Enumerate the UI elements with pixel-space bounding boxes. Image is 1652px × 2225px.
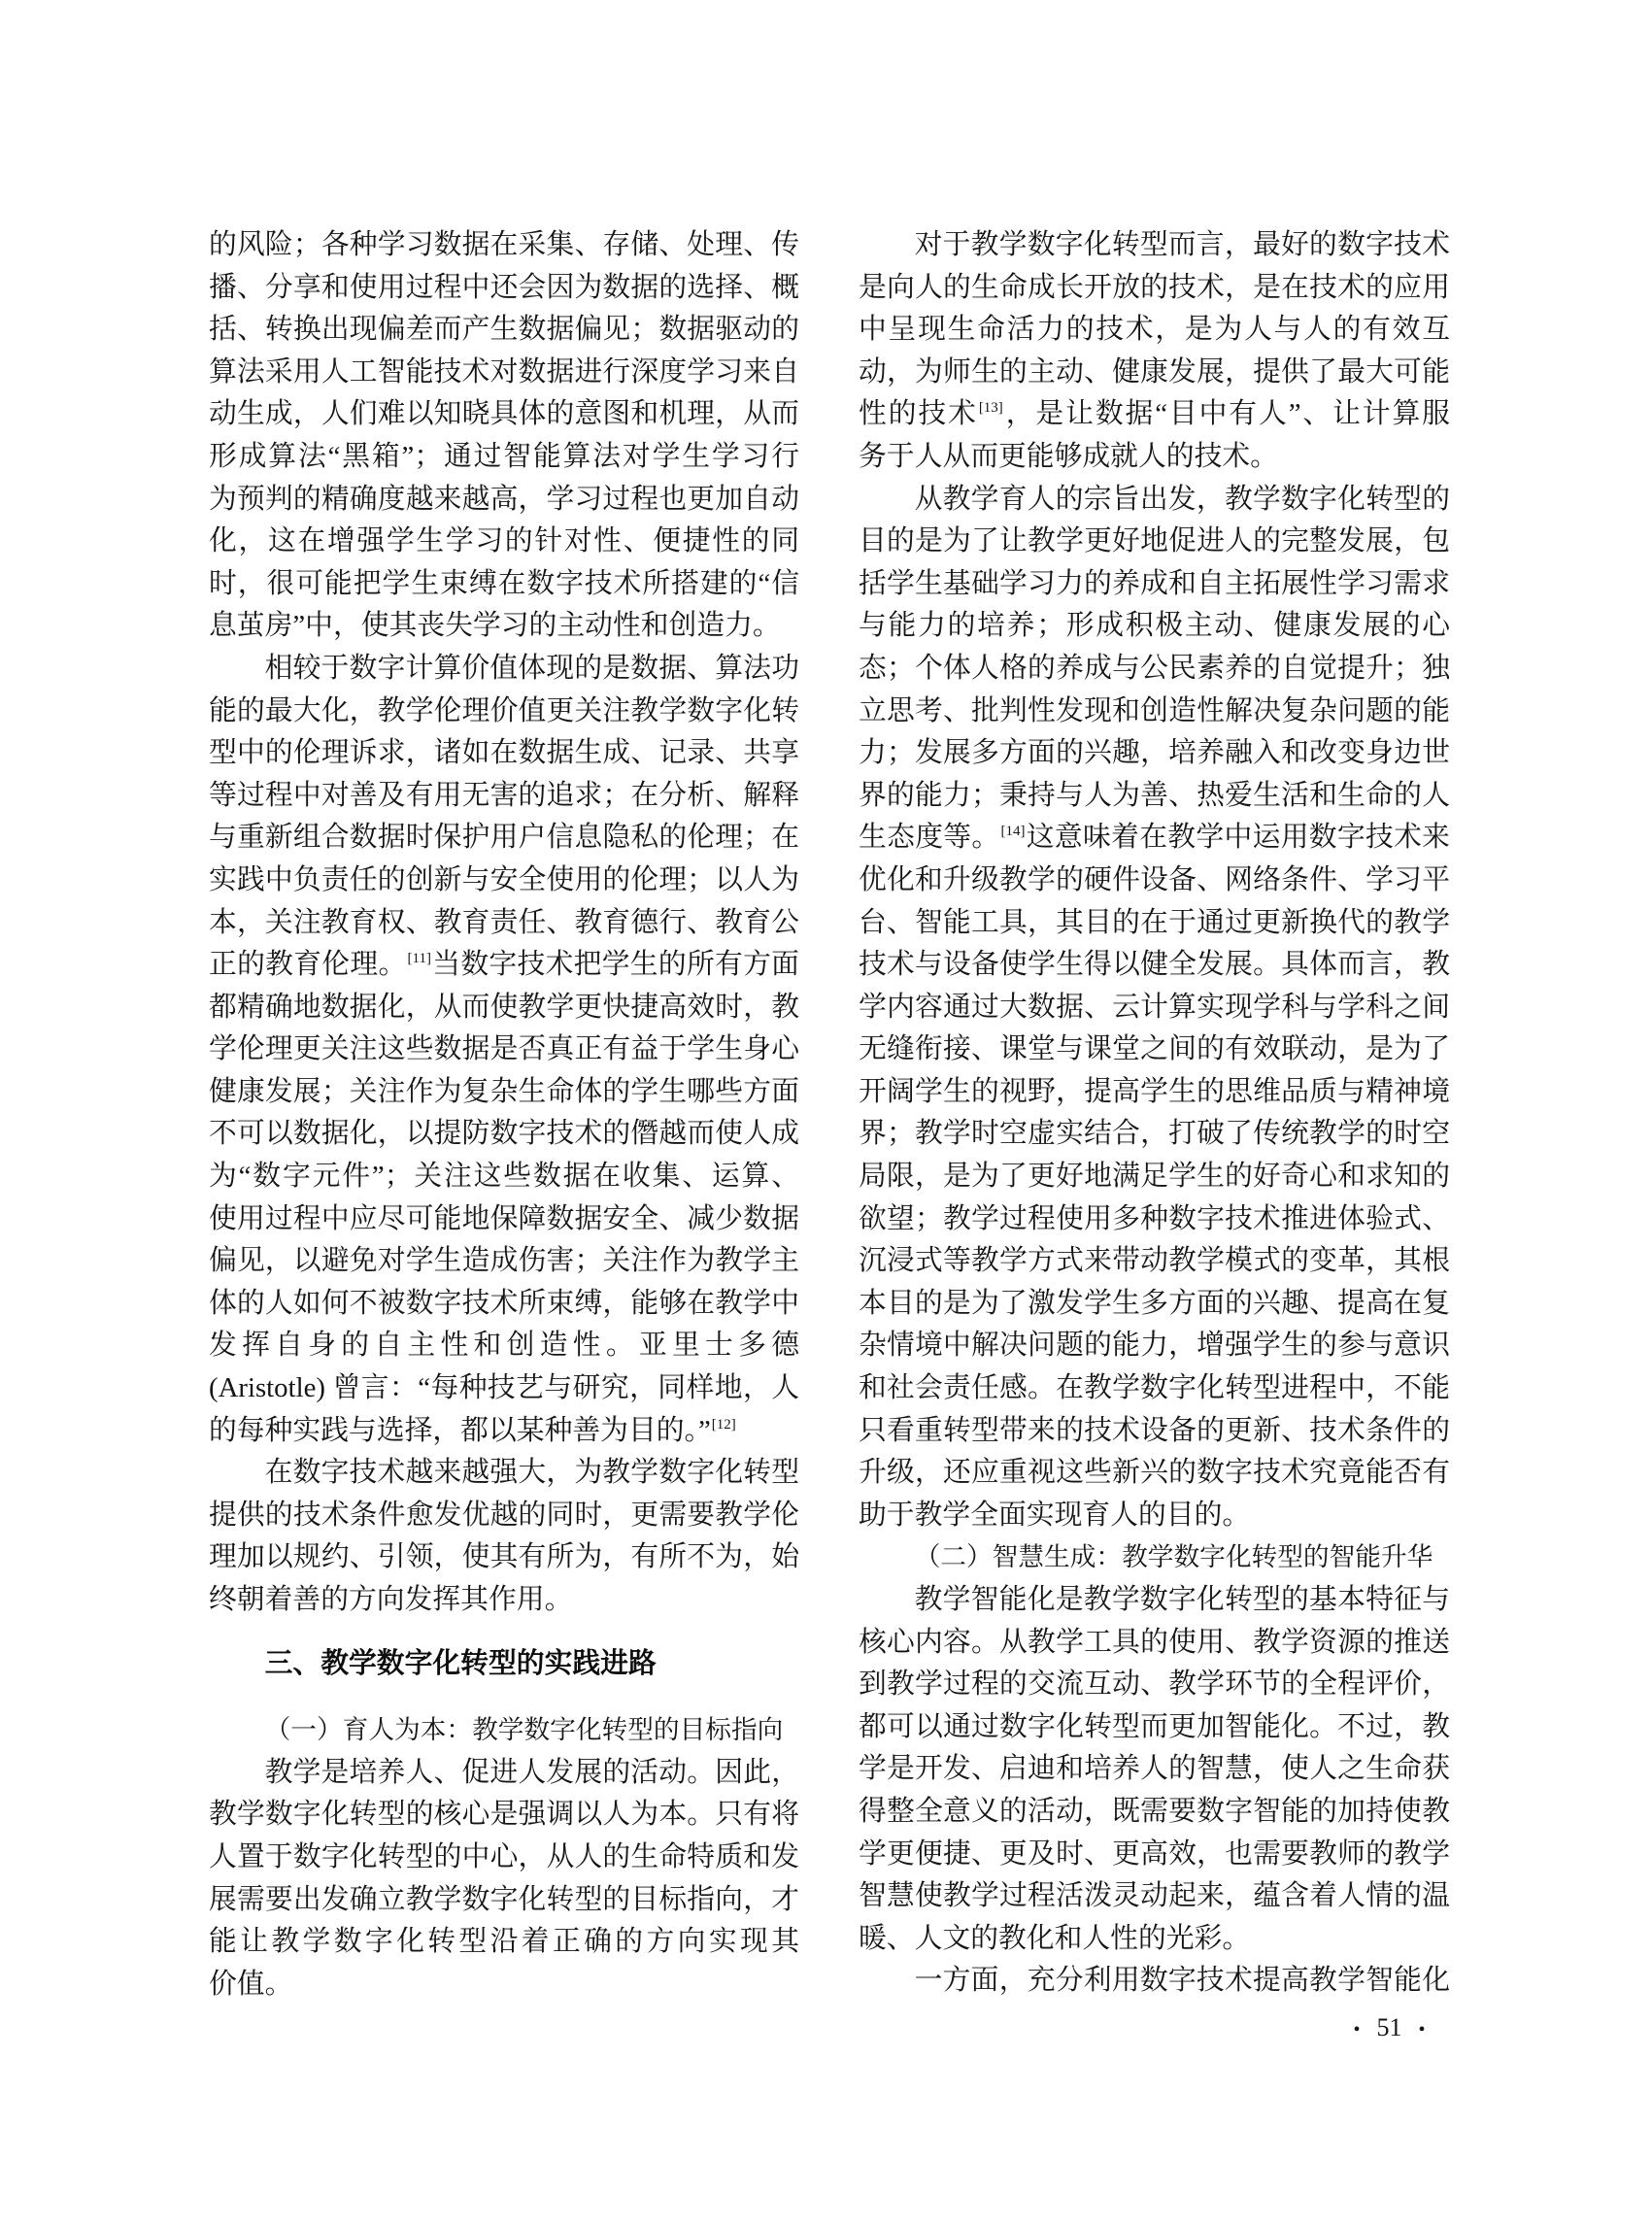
text-line: 得整全意义的活动，既需要数字智能的加持使教 bbox=[859, 1791, 1450, 1834]
text-line: 中呈现生命活力的技术，是为人与人的有效互 bbox=[859, 309, 1450, 352]
text-line: 目的是为了让教学更好地促进人的完整发展，包 bbox=[859, 521, 1450, 563]
text-line: 从教学育人的宗旨出发，教学数字化转型的 bbox=[859, 479, 1450, 522]
subsection-heading: （二）智慧生成：教学数字化转型的智能升华 bbox=[859, 1536, 1450, 1579]
text-line: 学伦理更关注这些数据是否真正有益于学生身心 bbox=[209, 1028, 799, 1071]
text-line: 都精确地数据化，从而使教学更快捷高效时，教 bbox=[209, 987, 799, 1029]
text-line: 本目的是为了激发学生多方面的兴趣、提高在复 bbox=[859, 1283, 1450, 1326]
text-line: 使用过程中应尽可能地保障数据安全、减少数据 bbox=[209, 1198, 799, 1241]
text-line: 都可以通过数字化转型而更加智能化。不过，教 bbox=[859, 1706, 1450, 1749]
text-line: 化，这在增强学生学习的针对性、便捷性的同 bbox=[209, 521, 799, 563]
text-line: 和社会责任感。在教学数字化转型进程中，不能 bbox=[859, 1367, 1450, 1410]
text-line: 动，为师生的主动、健康发展，提供了最大可能 bbox=[859, 352, 1450, 394]
text-line: 到教学过程的交流互动、教学环节的全程评价， bbox=[859, 1664, 1450, 1706]
paragraph: 一方面，充分利用数字技术提高教学智能化 bbox=[859, 1960, 1450, 2003]
paragraph: 的风险；各种学习数据在采集、存储、处理、传 播、分享和使用过程中还会因为数据的选… bbox=[209, 224, 799, 648]
paragraph: 教学是培养人、促进人发展的活动。因此， 教学数字化转型的核心是强调以人为本。只有… bbox=[209, 1752, 799, 2006]
text-line: 等过程中对善及有用无害的追求；在分析、解释 bbox=[209, 775, 799, 818]
text-line: 括、转换出现偏差而产生数据偏见；数据驱动的 bbox=[209, 309, 799, 352]
text-line: 息茧房”中，使其丧失学习的主动性和创造力。 bbox=[209, 605, 799, 648]
paragraph: 在数字技术越来越强大，为教学数字化转型 提供的技术条件愈发优越的同时，更需要教学… bbox=[209, 1452, 799, 1621]
text-line: 只看重转型带来的技术设备的更新、技术条件的 bbox=[859, 1410, 1450, 1453]
text-line: 价值。 bbox=[209, 1964, 799, 2006]
paragraph: 从教学育人的宗旨出发，教学数字化转型的 目的是为了让教学更好地促进人的完整发展，… bbox=[859, 479, 1450, 1537]
text-line: 杂情境中解决问题的能力，增强学生的参与意识 bbox=[859, 1325, 1450, 1367]
section-heading: 三、教学数字化转型的实践进路 bbox=[209, 1643, 799, 1686]
text-segment: 性的技术 bbox=[859, 398, 978, 429]
paragraph: 对于教学数字化转型而言，最好的数字技术 是向人的生命成长开放的技术，是在技术的应… bbox=[859, 224, 1450, 479]
text-line: 学内容通过大数据、云计算实现学科与学科之间 bbox=[859, 987, 1450, 1029]
text-line: 的每种实践与选择，都以某种善为目的。”[12] bbox=[209, 1410, 799, 1453]
text-line: 升级，还应重视这些新兴的数字技术究竟能否有 bbox=[859, 1452, 1450, 1495]
text-line: 台、智能工具，其目的在于通过更新换代的教学 bbox=[859, 902, 1450, 945]
text-line: 形成算法“黑箱”；通过智能算法对学生学习行 bbox=[209, 436, 799, 479]
text-line: 与能力的培养；形成积极主动、健康发展的心 bbox=[859, 605, 1450, 648]
text-line: 优化和升级教学的硬件设备、网络条件、学习平 bbox=[859, 860, 1450, 902]
text-segment: 这意味着在教学中运用数字技术来 bbox=[1027, 822, 1450, 853]
page-number-value: 51 bbox=[1377, 2010, 1402, 2045]
text-line: 在数字技术越来越强大，为教学数字化转型 bbox=[209, 1452, 799, 1495]
text-line: 力；发展多方面的兴趣，培养融入和改变身边世 bbox=[859, 732, 1450, 775]
text-line: 性的技术[13]，是让数据“目中有人”、让计算服 bbox=[859, 393, 1450, 436]
text-line: 括学生基础学习力的养成和自主拓展性学习需求 bbox=[859, 563, 1450, 606]
text-line: 学更便捷、更及时、更高效，也需要教师的教学 bbox=[859, 1834, 1450, 1876]
text-line: 欲望；教学过程使用多种数字技术推进体验式、 bbox=[859, 1198, 1450, 1241]
text-line: 对于教学数字化转型而言，最好的数字技术 bbox=[859, 224, 1450, 267]
text-line: 正的教育伦理。[11]当数字技术把学生的所有方面 bbox=[209, 944, 799, 987]
bullet-icon: • bbox=[1346, 2012, 1367, 2047]
text-line: 开阔学生的视野，提高学生的思维品质与精神境 bbox=[859, 1071, 1450, 1114]
subsection-heading: （一）育人为本：教学数字化转型的目标指向 bbox=[209, 1709, 799, 1752]
paragraph: 相较于数字计算价值体现的是数据、算法功 能的最大化，教学伦理价值更关注教学数字化… bbox=[209, 648, 799, 1452]
page-number: • 51 • bbox=[1346, 2010, 1433, 2045]
text-line: 学是开发、启迪和培养人的智慧，使人之生命获 bbox=[859, 1748, 1450, 1791]
text-line: 沉浸式等教学方式来带动教学模式的变革，其根 bbox=[859, 1240, 1450, 1283]
text-line: 技术与设备使学生得以健全发展。具体而言，教 bbox=[859, 944, 1450, 987]
text-line: 型中的伦理诉求，诸如在数据生成、记录、共享 bbox=[209, 732, 799, 775]
text-line: 局限，是为了更好地满足学生的好奇心和求知的 bbox=[859, 1156, 1450, 1198]
text-segment: 生态度等。 bbox=[859, 822, 1000, 853]
text-line: 动生成，人们难以知晓具体的意图和机理，从而 bbox=[209, 393, 799, 436]
text-segment: ，是让数据“目中有人”、让计算服 bbox=[1004, 398, 1450, 429]
text-line: 偏见，以避免对学生造成伤害；关注作为教学主 bbox=[209, 1240, 799, 1283]
text-line: 能的最大化，教学伦理价值更关注教学数字化转 bbox=[209, 691, 799, 733]
text-line: 能让教学数字化转型沿着正确的方向实现其 bbox=[209, 1921, 799, 1964]
text-line: 理加以规约、引领，使其有所为，有所不为，始 bbox=[209, 1536, 799, 1579]
right-column: 对于教学数字化转型而言，最好的数字技术 是向人的生命成长开放的技术，是在技术的应… bbox=[859, 224, 1450, 2003]
citation-ref-13: [13] bbox=[979, 400, 1003, 416]
text-line: 智慧使教学过程活泼灵动起来，蕴含着人情的温 bbox=[859, 1875, 1450, 1918]
text-line: 发挥自身的自主性和创造性。亚里士多德 bbox=[209, 1325, 799, 1367]
text-line: 提供的技术条件愈发优越的同时，更需要教学伦 bbox=[209, 1495, 799, 1537]
citation-ref-11: [11] bbox=[408, 951, 431, 966]
journal-page: 的风险；各种学习数据在采集、存储、处理、传 播、分享和使用过程中还会因为数据的选… bbox=[0, 0, 1652, 2225]
text-line: 展需要出发确立教学数字化转型的目标指向，才 bbox=[209, 1879, 799, 1922]
text-line: 界；教学时空虚实结合，打破了传统教学的时空 bbox=[859, 1113, 1450, 1156]
text-line: 立思考、批判性发现和创造性解决复杂问题的能 bbox=[859, 691, 1450, 733]
text-line: 实践中负责任的创新与安全使用的伦理；以人为 bbox=[209, 860, 799, 902]
text-line: 为“数字元件”；关注这些数据在收集、运算、 bbox=[209, 1156, 799, 1198]
text-line: 界的能力；秉持与人为善、热爱生活和生命的人 bbox=[859, 775, 1450, 818]
text-line: 教学是培养人、促进人发展的活动。因此， bbox=[209, 1752, 799, 1795]
text-line: 终朝着善的方向发挥其作用。 bbox=[209, 1579, 799, 1622]
text-line: 人置于数字化转型的中心，从人的生命特质和发 bbox=[209, 1837, 799, 1879]
text-line: 体的人如何不被数字技术所束缚，能够在教学中 bbox=[209, 1283, 799, 1326]
text-segment: 正的教育伦理。 bbox=[209, 949, 407, 980]
text-line: 一方面，充分利用数字技术提高教学智能化 bbox=[859, 1960, 1450, 2003]
text-line: 不可以数据化，以提防数字技术的僭越而使人成 bbox=[209, 1113, 799, 1156]
text-line: 的风险；各种学习数据在采集、存储、处理、传 bbox=[209, 224, 799, 267]
text-segment: 当数字技术把学生的所有方面 bbox=[432, 949, 799, 980]
text-line: 教学智能化是教学数字化转型的基本特征与 bbox=[859, 1579, 1450, 1622]
citation-ref-12: [12] bbox=[712, 1417, 736, 1433]
text-line: 播、分享和使用过程中还会因为数据的选择、概 bbox=[209, 267, 799, 310]
text-line: 相较于数字计算价值体现的是数据、算法功 bbox=[209, 648, 799, 691]
text-line: 核心内容。从教学工具的使用、教学资源的推送 bbox=[859, 1622, 1450, 1665]
text-line: 健康发展；关注作为复杂生命体的学生哪些方面 bbox=[209, 1071, 799, 1114]
citation-ref-14: [14] bbox=[1001, 824, 1026, 839]
text-segment: 的每种实践与选择，都以某种善为目的。” bbox=[209, 1415, 711, 1446]
text-line: 时，很可能把学生束缚在数字技术所搭建的“信 bbox=[209, 563, 799, 606]
text-line: 态；个体人格的养成与公民素养的自觉提升；独 bbox=[859, 648, 1450, 691]
text-line: 为预判的精确度越来越高，学习过程也更加自动 bbox=[209, 479, 799, 522]
text-line: 与重新组合数据时保护用户信息隐私的伦理；在 bbox=[209, 817, 799, 860]
text-line: 本，关注教育权、教育责任、教育德行、教育公 bbox=[209, 902, 799, 945]
bullet-icon: • bbox=[1411, 2012, 1433, 2047]
text-line: 生态度等。[14]这意味着在教学中运用数字技术来 bbox=[859, 817, 1450, 860]
text-line: 教学数字化转型的核心是强调以人为本。只有将 bbox=[209, 1794, 799, 1837]
text-line: 无缝衔接、课堂与课堂之间的有效联动，是为了 bbox=[859, 1028, 1450, 1071]
text-line: 是向人的生命成长开放的技术，是在技术的应用 bbox=[859, 267, 1450, 310]
paragraph: 教学智能化是教学数字化转型的基本特征与 核心内容。从教学工具的使用、教学资源的推… bbox=[859, 1579, 1450, 1960]
text-line: 务于人从而更能够成就人的技术。 bbox=[859, 436, 1450, 479]
text-line: 算法采用人工智能技术对数据进行深度学习来自 bbox=[209, 352, 799, 394]
left-column: 的风险；各种学习数据在采集、存储、处理、传 播、分享和使用过程中还会因为数据的选… bbox=[209, 224, 799, 2006]
text-line: 暖、人文的教化和人性的光彩。 bbox=[859, 1918, 1450, 1961]
text-line: (Aristotle) 曾言：“每种技艺与研究，同样地，人 bbox=[209, 1367, 799, 1410]
text-line: 助于教学全面实现育人的目的。 bbox=[859, 1495, 1450, 1537]
